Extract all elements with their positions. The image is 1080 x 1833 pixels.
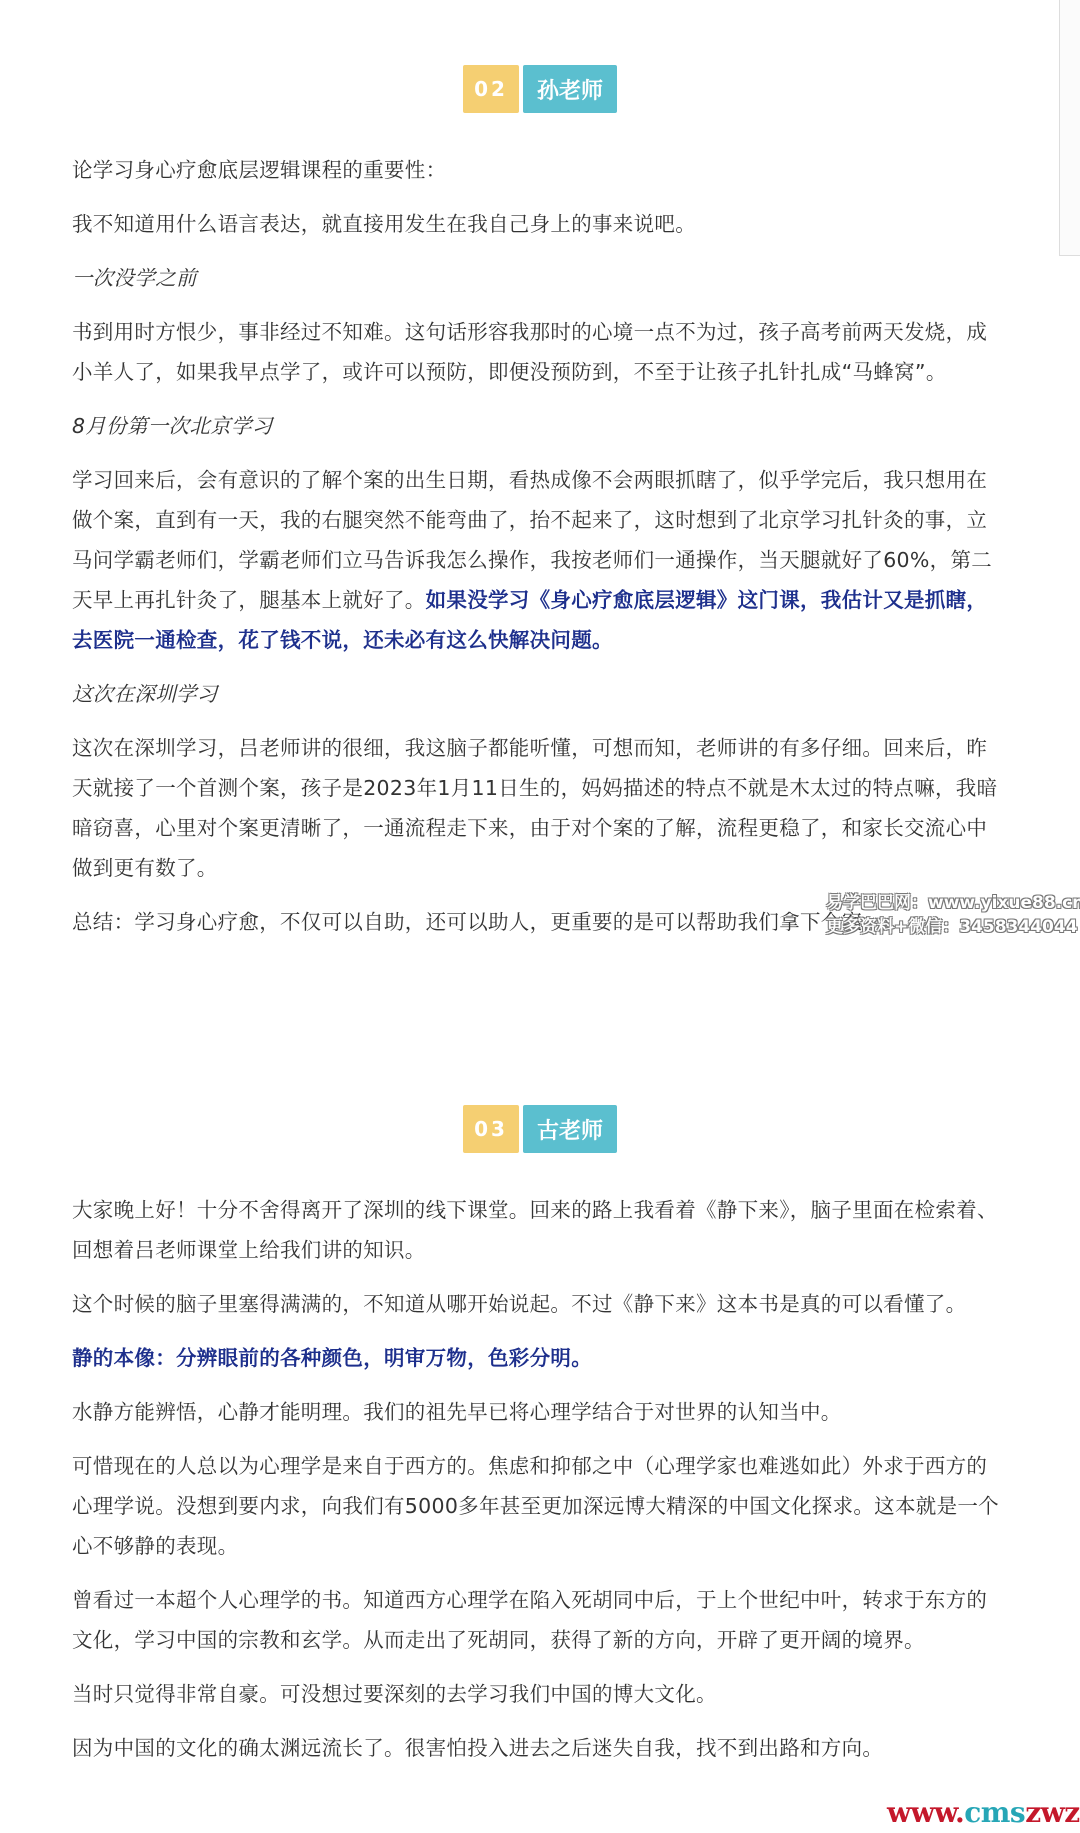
section-header-03: 03 古老师 <box>0 1105 1080 1153</box>
watermark-footer-suffix: zwz.com <box>1025 1796 1080 1829</box>
watermark-site-line: 易学巴巴网：www.yixue88.cn <box>826 891 1080 915</box>
emphasis-stillness: 静的本像：分辨眼前的各种颜色，明审万物，色彩分明。 <box>72 1338 1002 1378</box>
subheading-beijing-study: 8月份第一次北京学习 <box>72 406 1002 446</box>
paragraph-intro: 我不知道用什么语言表达，就直接用发生在我自己身上的事来说吧。 <box>72 204 1002 244</box>
paragraph-western-psychology: 可惜现在的人总以为心理学是来自于西方的。焦虑和抑郁之中（心理学家也难逃如此）外求… <box>72 1446 1002 1566</box>
paragraph-transpersonal: 曾看过一本超个人心理学的书。知道西方心理学在陷入死胡同中后，于上个世纪中叶，转求… <box>72 1580 1002 1660</box>
teacher-name-badge: 古老师 <box>523 1105 617 1153</box>
paragraph-greeting: 大家晚上好！十分不舍得离开了深圳的线下课堂。回来的路上我看着《静下来》，脑子里面… <box>72 1190 1002 1270</box>
paragraph-book: 这个时候的脑子里塞得满满的，不知道从哪开始说起。不过《静下来》这本书是真的可以看… <box>72 1284 1002 1324</box>
scrollbar-track[interactable] <box>1059 0 1080 256</box>
article-page: 02 孙老师 论学习身心疗愈底层逻辑课程的重要性： 我不知道用什么语言表达，就直… <box>0 0 1080 1833</box>
section-03-body: 大家晚上好！十分不舍得离开了深圳的线下课堂。回来的路上我看着《静下来》，脑子里面… <box>72 1190 1002 1782</box>
watermark-site: 易学巴巴网：www.yixue88.cn 更多资料+微信：3458344044 <box>826 891 1080 939</box>
paragraph-intro-title: 论学习身心疗愈底层逻辑课程的重要性： <box>72 150 1002 190</box>
paragraph-beijing-study: 学习回来后，会有意识的了解个案的出生日期，看热成像不会两眼抓瞎了，似乎学完后，我… <box>72 460 1002 660</box>
paragraph-shenzhen-study: 这次在深圳学习，吕老师讲的很细，我这脑子都能听懂，可想而知，老师讲的有多仔细。回… <box>72 728 1002 888</box>
section-number-badge: 03 <box>463 1105 519 1153</box>
section-header-02: 02 孙老师 <box>0 65 1080 113</box>
section-number-badge: 02 <box>463 65 519 113</box>
watermark-footer: www.cmszwz.com <box>887 1796 1080 1829</box>
watermark-footer-prefix: www. <box>887 1796 964 1829</box>
paragraph-ancestors: 水静方能辨悟，心静才能明理。我们的祖先早已将心理学结合于对世界的认知当中。 <box>72 1392 1002 1432</box>
subheading-shenzhen-study: 这次在深圳学习 <box>72 674 1002 714</box>
paragraph-fear: 因为中国的文化的确太渊远流长了。很害怕投入进去之后迷失自我，找不到出路和方向。 <box>72 1728 1002 1768</box>
paragraph-before-learning: 书到用时方恨少，事非经过不知难。这句话形容我那时的心境一点不为过，孩子高考前两天… <box>72 312 1002 392</box>
section-02-body: 论学习身心疗愈底层逻辑课程的重要性： 我不知道用什么语言表达，就直接用发生在我自… <box>72 150 1002 956</box>
paragraph-pride: 当时只觉得非常自豪。可没想过要深刻的去学习我们中国的博大文化。 <box>72 1674 1002 1714</box>
watermark-contact-line: 更多资料+微信：3458344044 <box>826 915 1080 939</box>
teacher-name-badge: 孙老师 <box>523 65 617 113</box>
watermark-footer-middle: cms <box>964 1796 1025 1829</box>
subheading-before-learning: 一次没学之前 <box>72 258 1002 298</box>
